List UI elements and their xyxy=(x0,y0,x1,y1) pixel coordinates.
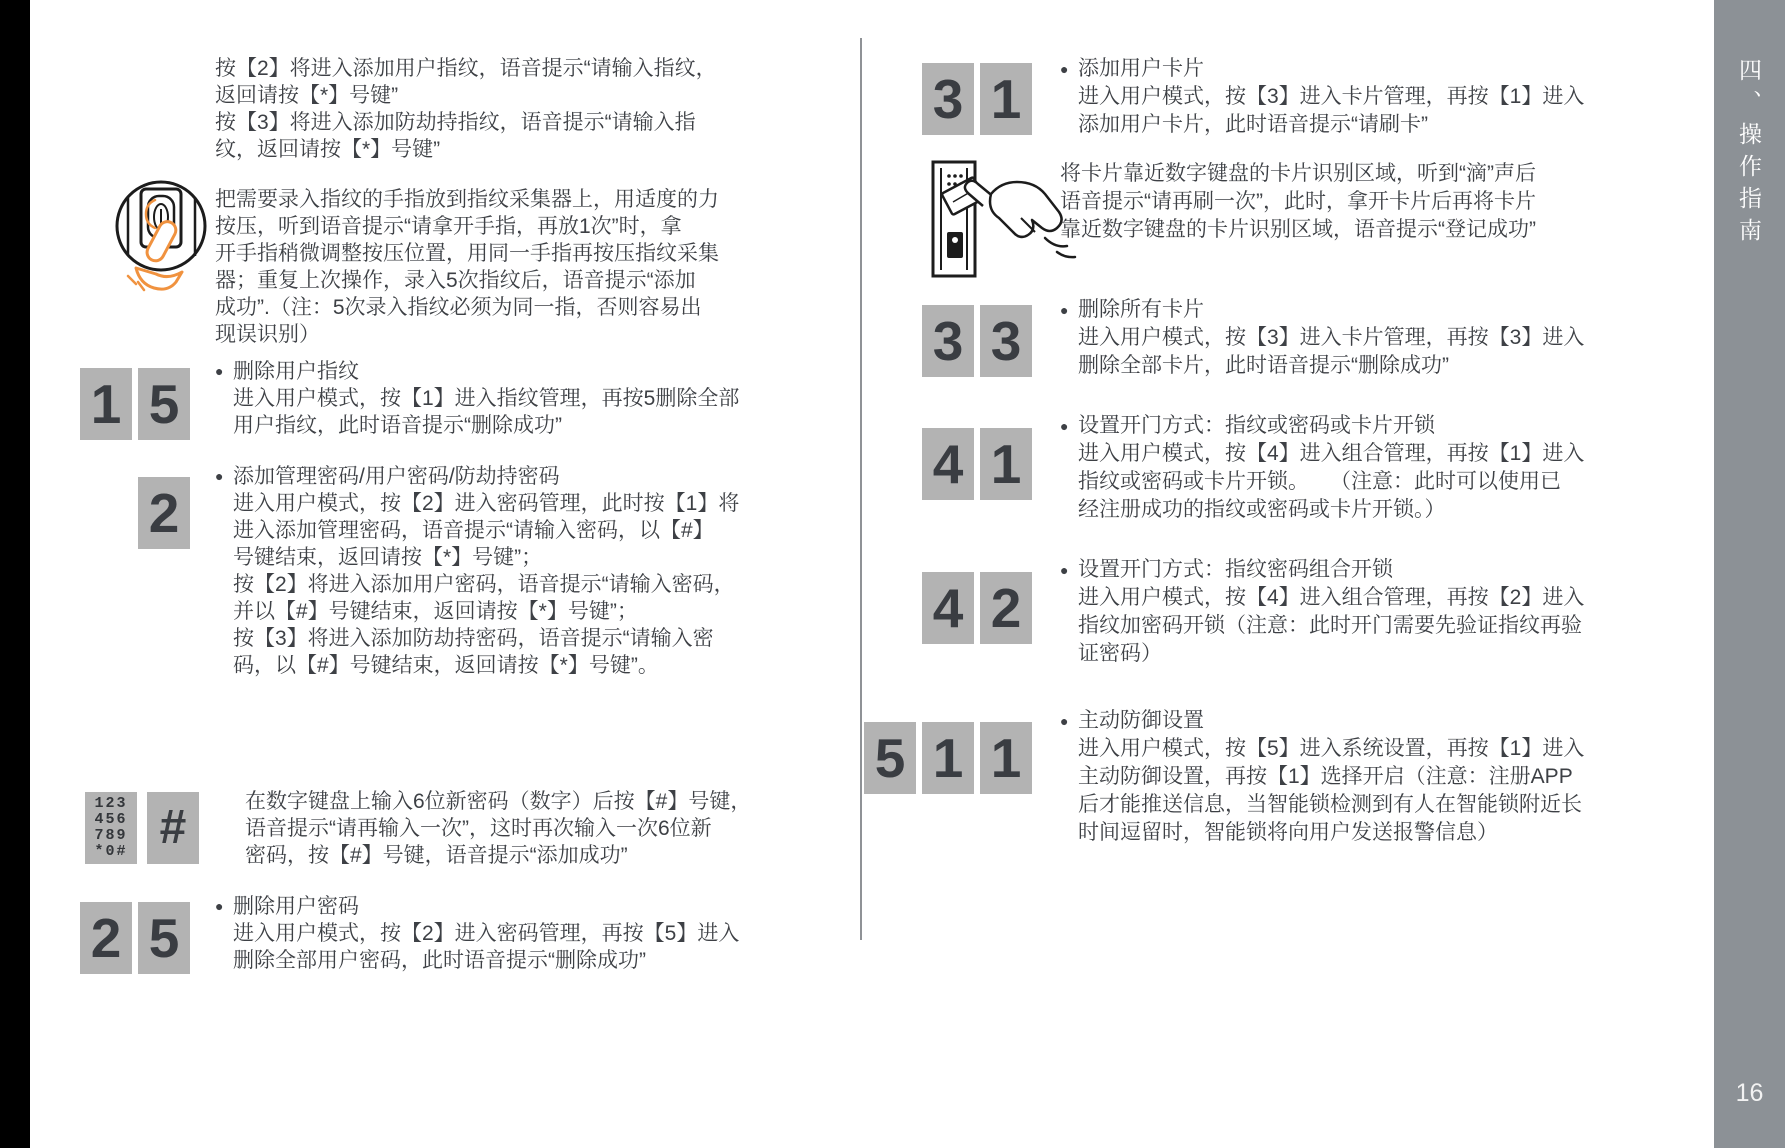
section-body: 进入用户模式，按【3】进入卡片管理，再按【1】进入 添加用户卡片，此时语音提示“… xyxy=(1060,83,1635,139)
section-body: 进入用户模式，按【2】进入密码管理，再按【5】进入 删除全部用户密码，此时语音提… xyxy=(215,920,760,974)
key-3: 3 xyxy=(922,63,974,135)
chapter-sidebar: 四、操作指南 16 xyxy=(1714,0,1785,1148)
intro-paragraph: 按【2】将进入添加用户指纹，语音提示“请输入指纹， 返回请按【*】号键” 按【3… xyxy=(215,55,760,163)
section-delete-password: ● 删除用户密码 进入用户模式，按【2】进入密码管理，再按【5】进入 删除全部用… xyxy=(215,893,760,974)
fingerprint-press-icon xyxy=(108,176,216,304)
section-active-defense: ● 主动防御设置 进入用户模式，按【5】进入系统设置，再按【1】进入 主动防御设… xyxy=(1060,707,1635,847)
key-2: 2 xyxy=(80,902,132,974)
fingerprint-note: 把需要录入指纹的手指放到指纹采集器上，用适度的力 按压，听到语音提示“请拿开手指… xyxy=(215,186,760,348)
section-unlock-mode-or: ● 设置开门方式：指纹或密码或卡片开锁 进入用户模式，按【4】进入组合管理，再按… xyxy=(1060,412,1635,524)
card-swipe-icon xyxy=(925,160,1080,280)
numeric-keypad-icon: 123 456 789 *0# xyxy=(85,792,137,864)
section-body: 进入用户模式，按【3】进入卡片管理，再按【3】进入 删除全部卡片，此时语音提示“… xyxy=(1060,324,1635,380)
bullet-icon: ● xyxy=(1060,296,1078,324)
section-title: 添加用户卡片 xyxy=(1078,55,1204,83)
section-title: 设置开门方式：指纹或密码或卡片开锁 xyxy=(1078,412,1435,440)
keypad-note: 在数字键盘上输入6位新密码（数字）后按【#】号键， 语音提示“请再输入一次”，这… xyxy=(245,788,790,869)
key-1: 1 xyxy=(922,722,974,794)
section-add-passwords: ● 添加管理密码/用户密码/防劫持密码 进入用户模式，按【2】进入密码管理，此时… xyxy=(215,463,760,679)
section-title: 删除所有卡片 xyxy=(1078,296,1204,324)
section-add-card: ● 添加用户卡片 进入用户模式，按【3】进入卡片管理，再按【1】进入 添加用户卡… xyxy=(1060,55,1635,139)
key-3: 3 xyxy=(922,305,974,377)
bullet-icon: ● xyxy=(215,463,233,490)
key-1: 1 xyxy=(980,722,1032,794)
card-note: 将卡片靠近数字键盘的卡片识别区域，听到“滴”声后 语音提示“请再刷一次”，此时，… xyxy=(1060,160,1635,244)
section-title: 设置开门方式：指纹密码组合开锁 xyxy=(1078,556,1393,584)
bullet-icon: ● xyxy=(1060,707,1078,735)
key-1: 1 xyxy=(980,428,1032,500)
section-body: 进入用户模式，按【2】进入密码管理，此时按【1】将 进入添加管理密码，语音提示“… xyxy=(215,490,760,679)
keypad-row: *0# xyxy=(94,844,127,860)
key-3: 3 xyxy=(980,305,1032,377)
section-body: 进入用户模式，按【1】进入指纹管理，再按5删除全部 用户指纹，此时语音提示“删除… xyxy=(215,385,760,439)
manual-page: 按【2】将进入添加用户指纹，语音提示“请输入指纹， 返回请按【*】号键” 按【3… xyxy=(0,0,1785,1148)
section-body: 进入用户模式，按【4】进入组合管理，再按【2】进入 指纹加密码开锁（注意：此时开… xyxy=(1060,584,1635,668)
bullet-icon: ● xyxy=(215,893,233,920)
page-number: 16 xyxy=(1714,1079,1785,1108)
column-divider xyxy=(860,38,862,940)
section-unlock-mode-combo: ● 设置开门方式：指纹密码组合开锁 进入用户模式，按【4】进入组合管理，再按【2… xyxy=(1060,556,1635,668)
bullet-icon: ● xyxy=(1060,412,1078,440)
section-delete-cards: ● 删除所有卡片 进入用户模式，按【3】进入卡片管理，再按【3】进入 删除全部卡… xyxy=(1060,296,1635,380)
keypad-row: 789 xyxy=(94,828,127,844)
section-title: 删除用户指纹 xyxy=(233,358,359,385)
chapter-title: 四、操作指南 xyxy=(1733,58,1766,250)
bullet-icon: ● xyxy=(215,358,233,385)
section-body: 进入用户模式，按【4】进入组合管理，再按【1】进入 指纹或密码或卡片开锁。 （注… xyxy=(1060,440,1635,524)
key-hash: # xyxy=(147,792,199,864)
bullet-icon: ● xyxy=(1060,556,1078,584)
section-delete-fingerprint: ● 删除用户指纹 进入用户模式，按【1】进入指纹管理，再按5删除全部 用户指纹，… xyxy=(215,358,760,439)
key-2: 2 xyxy=(138,477,190,549)
left-black-edge xyxy=(0,0,30,1148)
key-5: 5 xyxy=(864,722,916,794)
key-1: 1 xyxy=(980,63,1032,135)
keypad-row: 456 xyxy=(94,812,127,828)
section-title: 添加管理密码/用户密码/防劫持密码 xyxy=(233,463,560,490)
key-5: 5 xyxy=(138,902,190,974)
bullet-icon: ● xyxy=(1060,55,1078,83)
key-4: 4 xyxy=(922,428,974,500)
key-5: 5 xyxy=(138,368,190,440)
key-1: 1 xyxy=(80,368,132,440)
key-4: 4 xyxy=(922,572,974,644)
key-2: 2 xyxy=(980,572,1032,644)
section-title: 主动防御设置 xyxy=(1078,707,1204,735)
section-title: 删除用户密码 xyxy=(233,893,359,920)
section-body: 进入用户模式，按【5】进入系统设置，再按【1】进入 主动防御设置，再按【1】选择… xyxy=(1060,735,1635,847)
keypad-row: 123 xyxy=(94,796,127,812)
